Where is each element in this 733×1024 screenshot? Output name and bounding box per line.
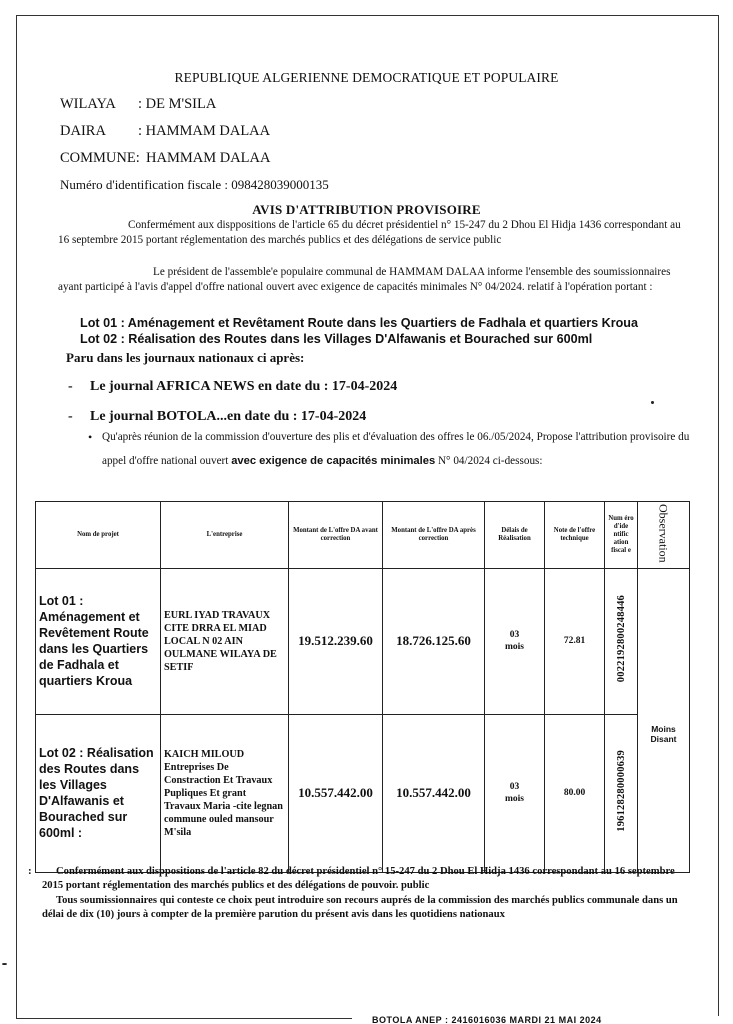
project-name: Lot 02 : Réalisation des Routes dans les… <box>36 714 161 872</box>
company-name: KAICH MILOUD Entreprises De Constraction… <box>161 714 289 872</box>
lot-1-line: Lot 01 : Aménagement et Revêtament Route… <box>80 316 638 330</box>
col-header-delay: Délais de Réalisation <box>485 502 545 569</box>
scan-speck <box>651 401 654 404</box>
commune-label: COMMUNE: <box>60 150 146 167</box>
observation <box>638 568 690 714</box>
col-header-observation: Observation <box>638 502 690 569</box>
scan-speck <box>2 963 7 965</box>
table-header-row: Nom de projet L'entreprise Montant de L'… <box>36 502 690 569</box>
table-row: Lot 01 : Aménagement et Revêtement Route… <box>36 568 690 714</box>
notice-title: AVIS D'ATTRIBUTION PROVISOIRE <box>0 202 733 218</box>
observation-moins-disant: Moins Disant <box>638 714 690 872</box>
amount-after: 18.726.125.60 <box>383 568 485 714</box>
attribution-table: Nom de projet L'entreprise Montant de L'… <box>35 501 690 873</box>
fiscal-id: 002219280024844​6 <box>605 568 638 714</box>
republic-heading: REPUBLIQUE ALGERIENNE DEMOCRATIQUE ET PO… <box>0 70 733 86</box>
legal-paragraph-2: Le président de l'assemble'e populaire c… <box>58 265 688 295</box>
amount-before: 19.512.239.60 <box>289 568 383 714</box>
col-header-company: L'entreprise <box>161 502 289 569</box>
col-header-amount-after: Montant de L'offre DA après correction <box>383 502 485 569</box>
legal-paragraph-1: Confermément aux disppositions de l'arti… <box>58 218 688 248</box>
amount-after: 10.557.442.00 <box>383 714 485 872</box>
tech-score: 72.81 <box>545 568 605 714</box>
tech-score: 80.00 <box>545 714 605 872</box>
journal-botola: -Le journal BOTOLA...en date du : 17-04-… <box>68 409 366 425</box>
delay: 03mois <box>485 568 545 714</box>
delay: 03mois <box>485 714 545 872</box>
table-row: Lot 02 : Réalisation des Routes dans les… <box>36 714 690 872</box>
dash-marker: - <box>68 379 90 395</box>
project-name: Lot 01 : Aménagement et Revêtement Route… <box>36 568 161 714</box>
legal-footnote-1: Confermément aux disppositions de l'arti… <box>42 865 690 893</box>
company-name: EURL IYAD TRAVAUX CITE DRRA EL MIAD LOCA… <box>161 568 289 714</box>
journal-africa-news: -Le journal AFRICA NEWS en date du : 17-… <box>68 379 397 395</box>
col-header-amount-before: Montant de L'offre DA avant correction <box>289 502 383 569</box>
daira-value: : HAMMAM DALAA <box>138 123 270 139</box>
commune-line: COMMUNE:HAMMAM DALAA <box>60 150 270 167</box>
wilaya-label: WILAYA <box>60 96 138 113</box>
commune-value: HAMMAM DALAA <box>146 150 270 166</box>
dash-marker: - <box>68 409 90 425</box>
daira-line: DAIRA: HAMMAM DALAA <box>60 123 270 140</box>
commission-paragraph: Qu'après réunion de la commission d'ouve… <box>102 425 702 473</box>
wilaya-value: : DE M'SILA <box>138 96 216 112</box>
fiscal-id: 196128280000639 <box>605 714 638 872</box>
colon-marker: : <box>28 865 32 877</box>
col-header-fiscal-id: Num éro d'ide ntific ation fiscal e <box>605 502 638 569</box>
col-header-tech-score: Note de l'offre technique <box>545 502 605 569</box>
wilaya-line: WILAYA: DE M'SILA <box>60 96 216 113</box>
appeal-notice: Tous soumissionnaires qui conteste ce ch… <box>42 894 690 922</box>
col-header-project: Nom de projet <box>36 502 161 569</box>
daira-label: DAIRA <box>60 123 138 140</box>
lot-2-line: Lot 02 : Réalisation des Routes dans les… <box>80 332 592 346</box>
publication-reference: BOTOLA ANEP : 2416016036 MARDI 21 MAI 20… <box>372 1015 602 1024</box>
publication-intro: Paru dans les journaux nationaux ci aprè… <box>66 350 304 366</box>
fiscal-id-line: Numéro d'identification fiscale : 098428… <box>60 177 329 193</box>
amount-before: 10.557.442.00 <box>289 714 383 872</box>
bullet-icon: • <box>88 430 92 445</box>
